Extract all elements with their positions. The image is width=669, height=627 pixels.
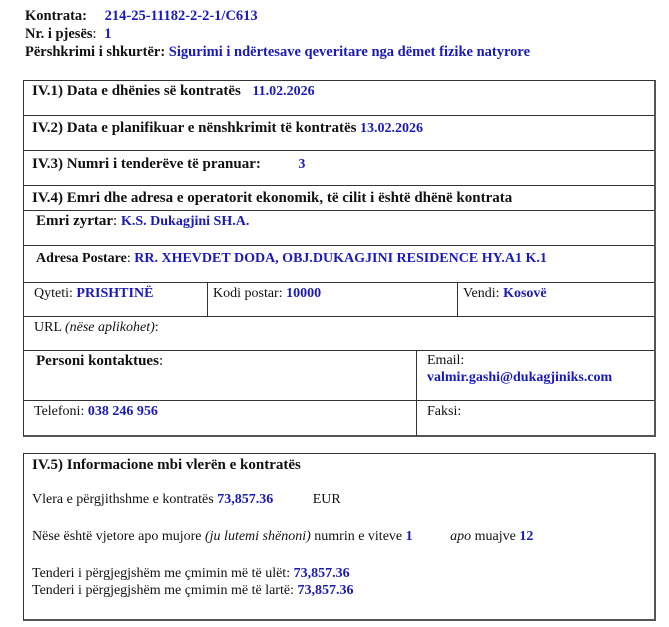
highest-price-line: Tenderi i përgjegjshëm me çmimin më të l… [32, 582, 353, 599]
row-contact: Personi kontaktues: Email: valmir.gashi@… [24, 351, 654, 401]
city-cell: Qyteti: PRISHTINË [24, 283, 207, 316]
address-label: Adresa Postare [36, 251, 127, 266]
lowest-price-label: Tenderi i përgjegjshëm me çmimin më të u… [32, 566, 290, 581]
tenders-count-label: IV.3) Numri i tenderëve të pranuar: [32, 156, 261, 172]
row-official-name: Emri zyrtar: K.S. Dukagjini SH.A. [24, 211, 654, 246]
city-value: PRISHTINË [76, 286, 153, 301]
highest-price-label: Tenderi i përgjegjshëm me çmimin më të l… [32, 583, 294, 598]
contract-award-table: IV.1) Data e dhënies së kontratës 11.02.… [23, 80, 656, 437]
colon: : [159, 353, 163, 369]
email-value[interactable]: valmir.gashi@dukagjiniks.com [427, 369, 612, 386]
duration-months-value: 12 [519, 529, 533, 544]
row-award-date: IV.1) Data e dhënies së kontratës 11.02.… [24, 81, 654, 116]
highest-price-value: 73,857.36 [297, 583, 353, 598]
duration-months-label: muajve [475, 529, 516, 544]
colon: : [155, 320, 159, 335]
contact-person-cell: Personi kontaktues: [24, 351, 416, 400]
email-label: Email: [427, 352, 464, 369]
country-value: Kosovë [503, 286, 547, 301]
signing-date-label: IV.2) Data e planifikuar e nënshkrimit t… [32, 120, 356, 136]
description-label: Përshkrimi i shkurtër: [25, 44, 165, 60]
contract-line: Kontrata: 214-25-11182-2-2-1/C613 [25, 8, 258, 25]
total-value-line: Vlera e përgjithshme e kontratës 73,857.… [32, 491, 341, 508]
colon: : [127, 251, 131, 266]
part-separator: : [93, 26, 97, 42]
city-label: Qyteti: [34, 286, 73, 301]
contract-label: Kontrata: [25, 8, 87, 24]
duration-note: (ju lutemi shënoni) [205, 529, 311, 544]
description-value: Sigurimi i ndërtesave qeveritare nga dëm… [169, 44, 530, 60]
address-value: RR. XHEVDET DODA, OBJ.DUKAGJINI RESIDENC… [134, 251, 547, 266]
fax-cell: Faksi: [416, 401, 654, 436]
duration-or: apo [450, 529, 471, 544]
phone-label: Telefoni: [34, 404, 84, 419]
tenders-count-value: 3 [298, 157, 305, 172]
duration-prefix: Nëse është vjetore apo mujore [32, 529, 202, 544]
postal-code-value: 10000 [286, 286, 321, 301]
country-cell: Vendi: Kosovë [457, 283, 654, 316]
part-number: 1 [104, 26, 111, 42]
value-heading: IV.5) Informacione mbi vlerën e kontratë… [32, 457, 301, 473]
operator-heading: IV.4) Emri dhe adresa e operatorit ekono… [32, 190, 512, 206]
phone-value: 038 246 956 [88, 404, 158, 419]
postal-code-cell: Kodi postar: 10000 [207, 283, 457, 316]
official-name-label: Emri zyrtar [36, 213, 113, 229]
official-name-value: K.S. Dukagjini SH.A. [121, 214, 249, 229]
total-value: 73,857.36 [217, 492, 273, 507]
url-label: URL [34, 320, 61, 335]
award-date-value: 11.02.2026 [252, 84, 314, 99]
lowest-price-value: 73,857.36 [294, 566, 350, 581]
part-label: Nr. i pjesës [25, 26, 93, 42]
row-operator-heading: IV.4) Emri dhe adresa e operatorit ekono… [24, 186, 654, 211]
award-date-label: IV.1) Data e dhënies së kontratës [32, 83, 241, 99]
contract-value-table: IV.5) Informacione mbi vlerën e kontratë… [23, 453, 656, 621]
lowest-price-line: Tenderi i përgjegjshëm me çmimin më të u… [32, 565, 350, 582]
part-line: Nr. i pjesës: 1 [25, 26, 111, 43]
row-phone-fax: Telefoni: 038 246 956 Faksi: [24, 401, 654, 436]
url-note: (nëse aplikohet) [65, 320, 155, 335]
postal-code-label: Kodi postar: [213, 286, 283, 301]
row-location: Qyteti: PRISHTINË Kodi postar: 10000 Ven… [24, 283, 654, 317]
duration-years-value: 1 [406, 529, 413, 544]
row-postal-address: Adresa Postare: RR. XHEVDET DODA, OBJ.DU… [24, 246, 654, 283]
duration-years-label: numrin e viteve [314, 529, 402, 544]
phone-cell: Telefoni: 038 246 956 [24, 401, 416, 436]
total-value-label: Vlera e përgjithshme e kontratës [32, 492, 214, 507]
description-line: Përshkrimi i shkurtër: Sigurimi i ndërte… [25, 44, 530, 61]
duration-line: Nëse është vjetore apo mujore (ju lutemi… [32, 528, 533, 545]
colon: : [113, 213, 117, 229]
signing-date-value: 13.02.2026 [360, 121, 423, 136]
fax-label: Faksi: [427, 403, 461, 420]
email-cell: Email: valmir.gashi@dukagjiniks.com [416, 351, 654, 400]
row-tenders-count: IV.3) Numri i tenderëve të pranuar: 3 [24, 151, 654, 186]
currency: EUR [313, 492, 341, 507]
row-url: URL (nëse aplikohet): [24, 317, 654, 351]
contact-person-label: Personi kontaktues [36, 353, 159, 369]
row-signing-date: IV.2) Data e planifikuar e nënshkrimit t… [24, 116, 654, 151]
contract-number: 214-25-11182-2-2-1/C613 [105, 8, 258, 24]
country-label: Vendi: [463, 286, 500, 301]
